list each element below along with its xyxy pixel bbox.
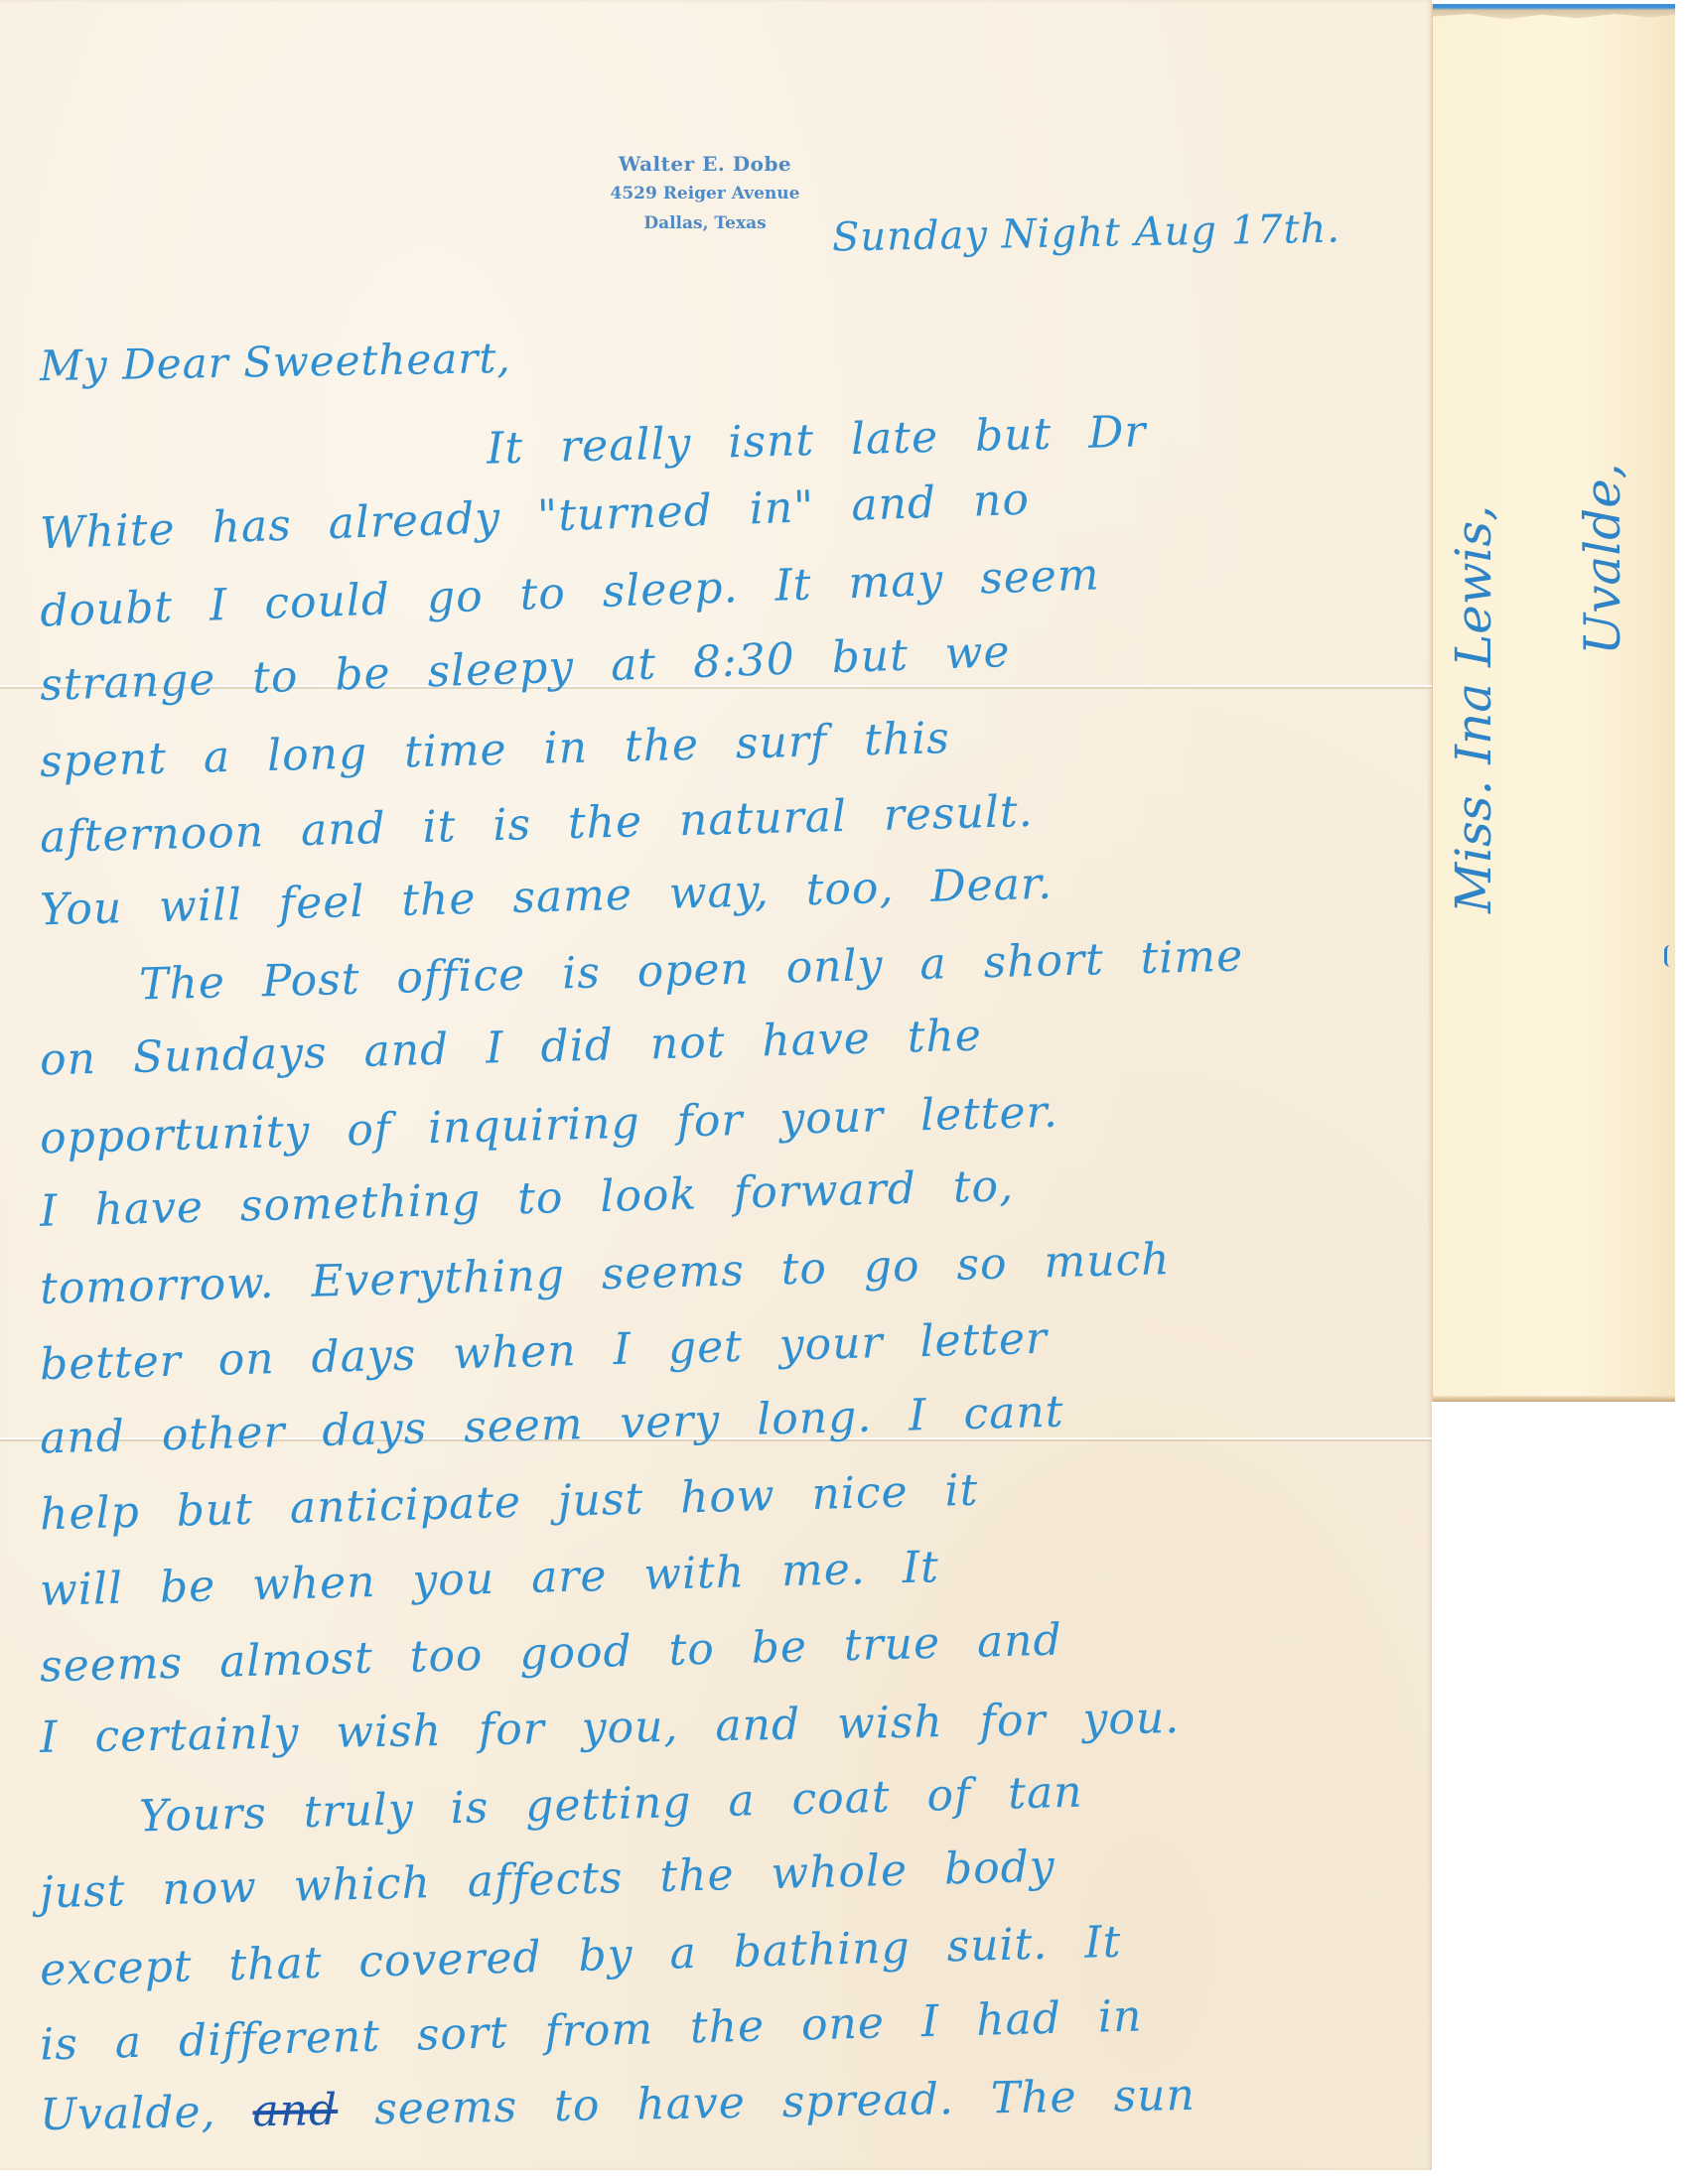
- letter-line: opportunity of inquiring for your letter…: [40, 1087, 1059, 1164]
- letter-line: tomorrow. Everything seems to go so much: [40, 1234, 1172, 1314]
- letterhead-street: 4529 Reiger Avenue: [556, 179, 854, 208]
- envelope-recipient: Miss. Ina Lewis,: [1445, 505, 1502, 913]
- letter-line: spent a long time in the surf this: [39, 713, 950, 787]
- letter-line: will be when you are with me. It: [39, 1542, 939, 1616]
- letter-line: White has already "turned in" and no: [39, 475, 1030, 560]
- letterhead-name: Walter E. Dobe: [556, 149, 854, 179]
- letterhead: Walter E. Dobe 4529 Reiger Avenue Dallas…: [556, 149, 854, 238]
- letter-line: afternoon and it is the natural result.: [40, 786, 1035, 863]
- letter-line: doubt I could go to sleep. It may seem: [39, 549, 1100, 636]
- envelope-city: Uvalde,: [1574, 463, 1631, 655]
- letter-line: You will feel the same way, too, Dear.: [40, 859, 1054, 936]
- last-line-start: Uvalde,: [40, 2087, 216, 2140]
- letter-line: seems almost too good to be true and: [40, 1615, 1063, 1693]
- envelope-ink-mark: [1664, 945, 1677, 967]
- envelope-torn-edge: [1433, 4, 1675, 22]
- struck-word: and: [252, 2085, 339, 2136]
- letter-line: and other days seem very long. I cant: [40, 1387, 1065, 1464]
- letter-line: Yours truly is getting a coat of tan: [138, 1767, 1083, 1843]
- letter-line: just now which affects the whole body: [40, 1842, 1056, 1919]
- dateline: Sunday Night Aug 17th.: [832, 206, 1341, 261]
- letter-last-line: Uvalde, and seems to have spread. The su…: [40, 2070, 1196, 2140]
- envelope-bottom-edge: [1433, 1396, 1675, 1402]
- letter-line: I have something to look forward to,: [40, 1160, 1015, 1237]
- salutation: My Dear Sweetheart,: [40, 334, 511, 390]
- letter-line: The Post office is open only a short tim…: [139, 930, 1244, 1010]
- letter-sheet: Walter E. Dobe 4529 Reiger Avenue Dallas…: [0, 0, 1432, 2170]
- letter-line: help but anticipate just how nice it: [39, 1465, 978, 1541]
- letter-line: is a different sort from the one I had i…: [40, 1990, 1143, 2070]
- last-line-end: seems to have spread. The sun: [374, 2070, 1196, 2134]
- letter-line: I certainly wish for you, and wish for y…: [40, 1693, 1181, 1763]
- letter-line: strange to be sleepy at 8:30 but we: [39, 626, 1011, 711]
- letterhead-city: Dallas, Texas: [556, 208, 854, 238]
- letter-line: better on days when I get your letter: [40, 1313, 1049, 1391]
- letter-line: on Sundays and I did not have the: [39, 1011, 982, 1086]
- letter-line: It really isnt late but Dr: [486, 406, 1147, 474]
- letter-line: except that covered by a bathing suit. I…: [40, 1917, 1122, 1996]
- scanned-document: Walter E. Dobe 4529 Reiger Avenue Dallas…: [0, 0, 1688, 2184]
